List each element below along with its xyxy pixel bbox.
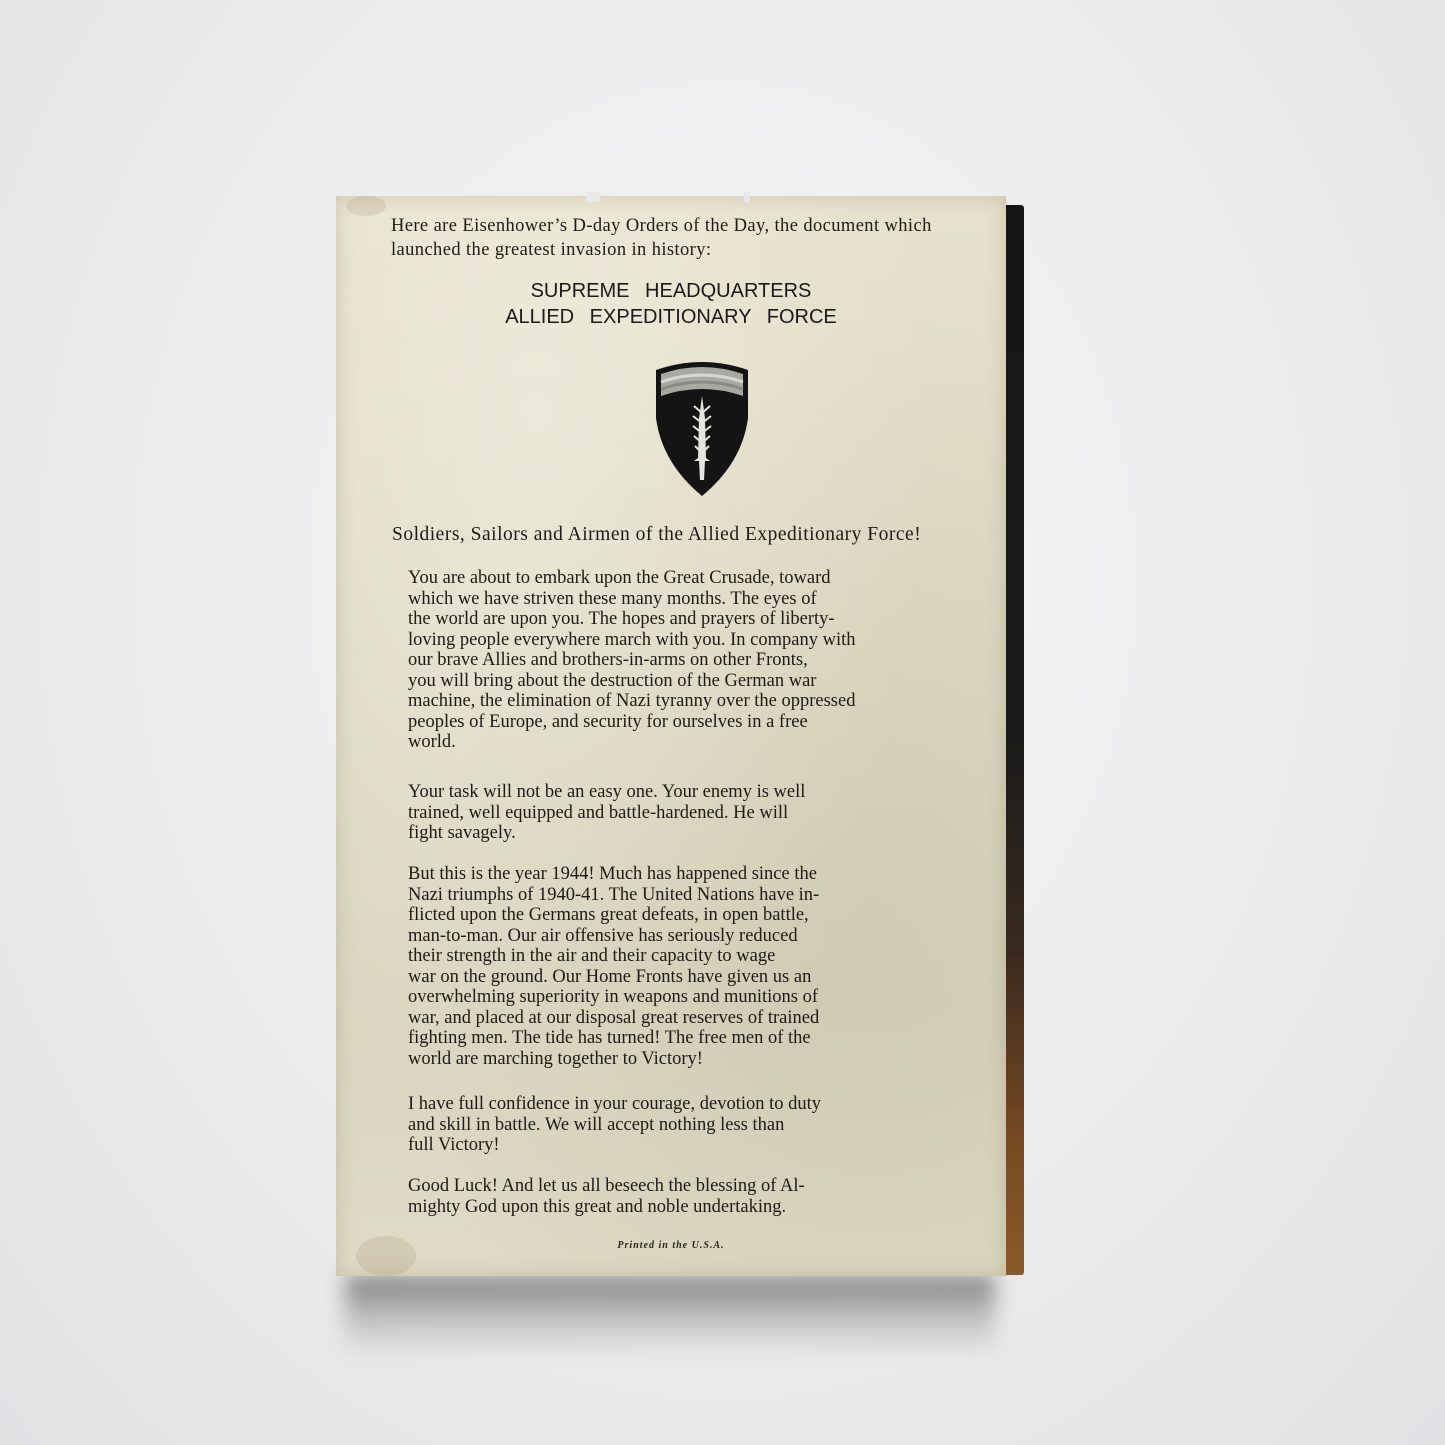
intro-text: Here are Eisenhower’s D-day Orders of th… <box>391 214 991 262</box>
stain <box>346 196 386 216</box>
salutation: Soldiers, Sailors and Airmen of the Alli… <box>392 524 1002 546</box>
shaef-shoulder-sleeve-insignia-icon <box>652 358 752 498</box>
dust-jacket-back-cover: Here are Eisenhower’s D-day Orders of th… <box>336 196 1006 1276</box>
heading-allied-expeditionary-force: ALLIED EXPEDITIONARY FORCE <box>336 306 1006 329</box>
torn-edge <box>744 192 750 202</box>
book-shadow <box>345 1275 995 1355</box>
paragraph-confidence: I have full confidence in your courage, … <box>408 1094 968 1156</box>
paragraph-1944: But this is the year 1944! Much has happ… <box>408 864 968 1069</box>
imprint: Printed in the U.S.A. <box>336 1240 1006 1251</box>
paragraph-great-crusade: You are about to embark upon the Great C… <box>408 568 968 753</box>
paragraph-good-luck: Good Luck! And let us all beseech the bl… <box>408 1176 968 1217</box>
torn-edge <box>586 192 600 202</box>
heading-supreme-headquarters: SUPREME HEADQUARTERS <box>336 280 1006 303</box>
paragraph-task: Your task will not be an easy one. Your … <box>408 782 968 844</box>
